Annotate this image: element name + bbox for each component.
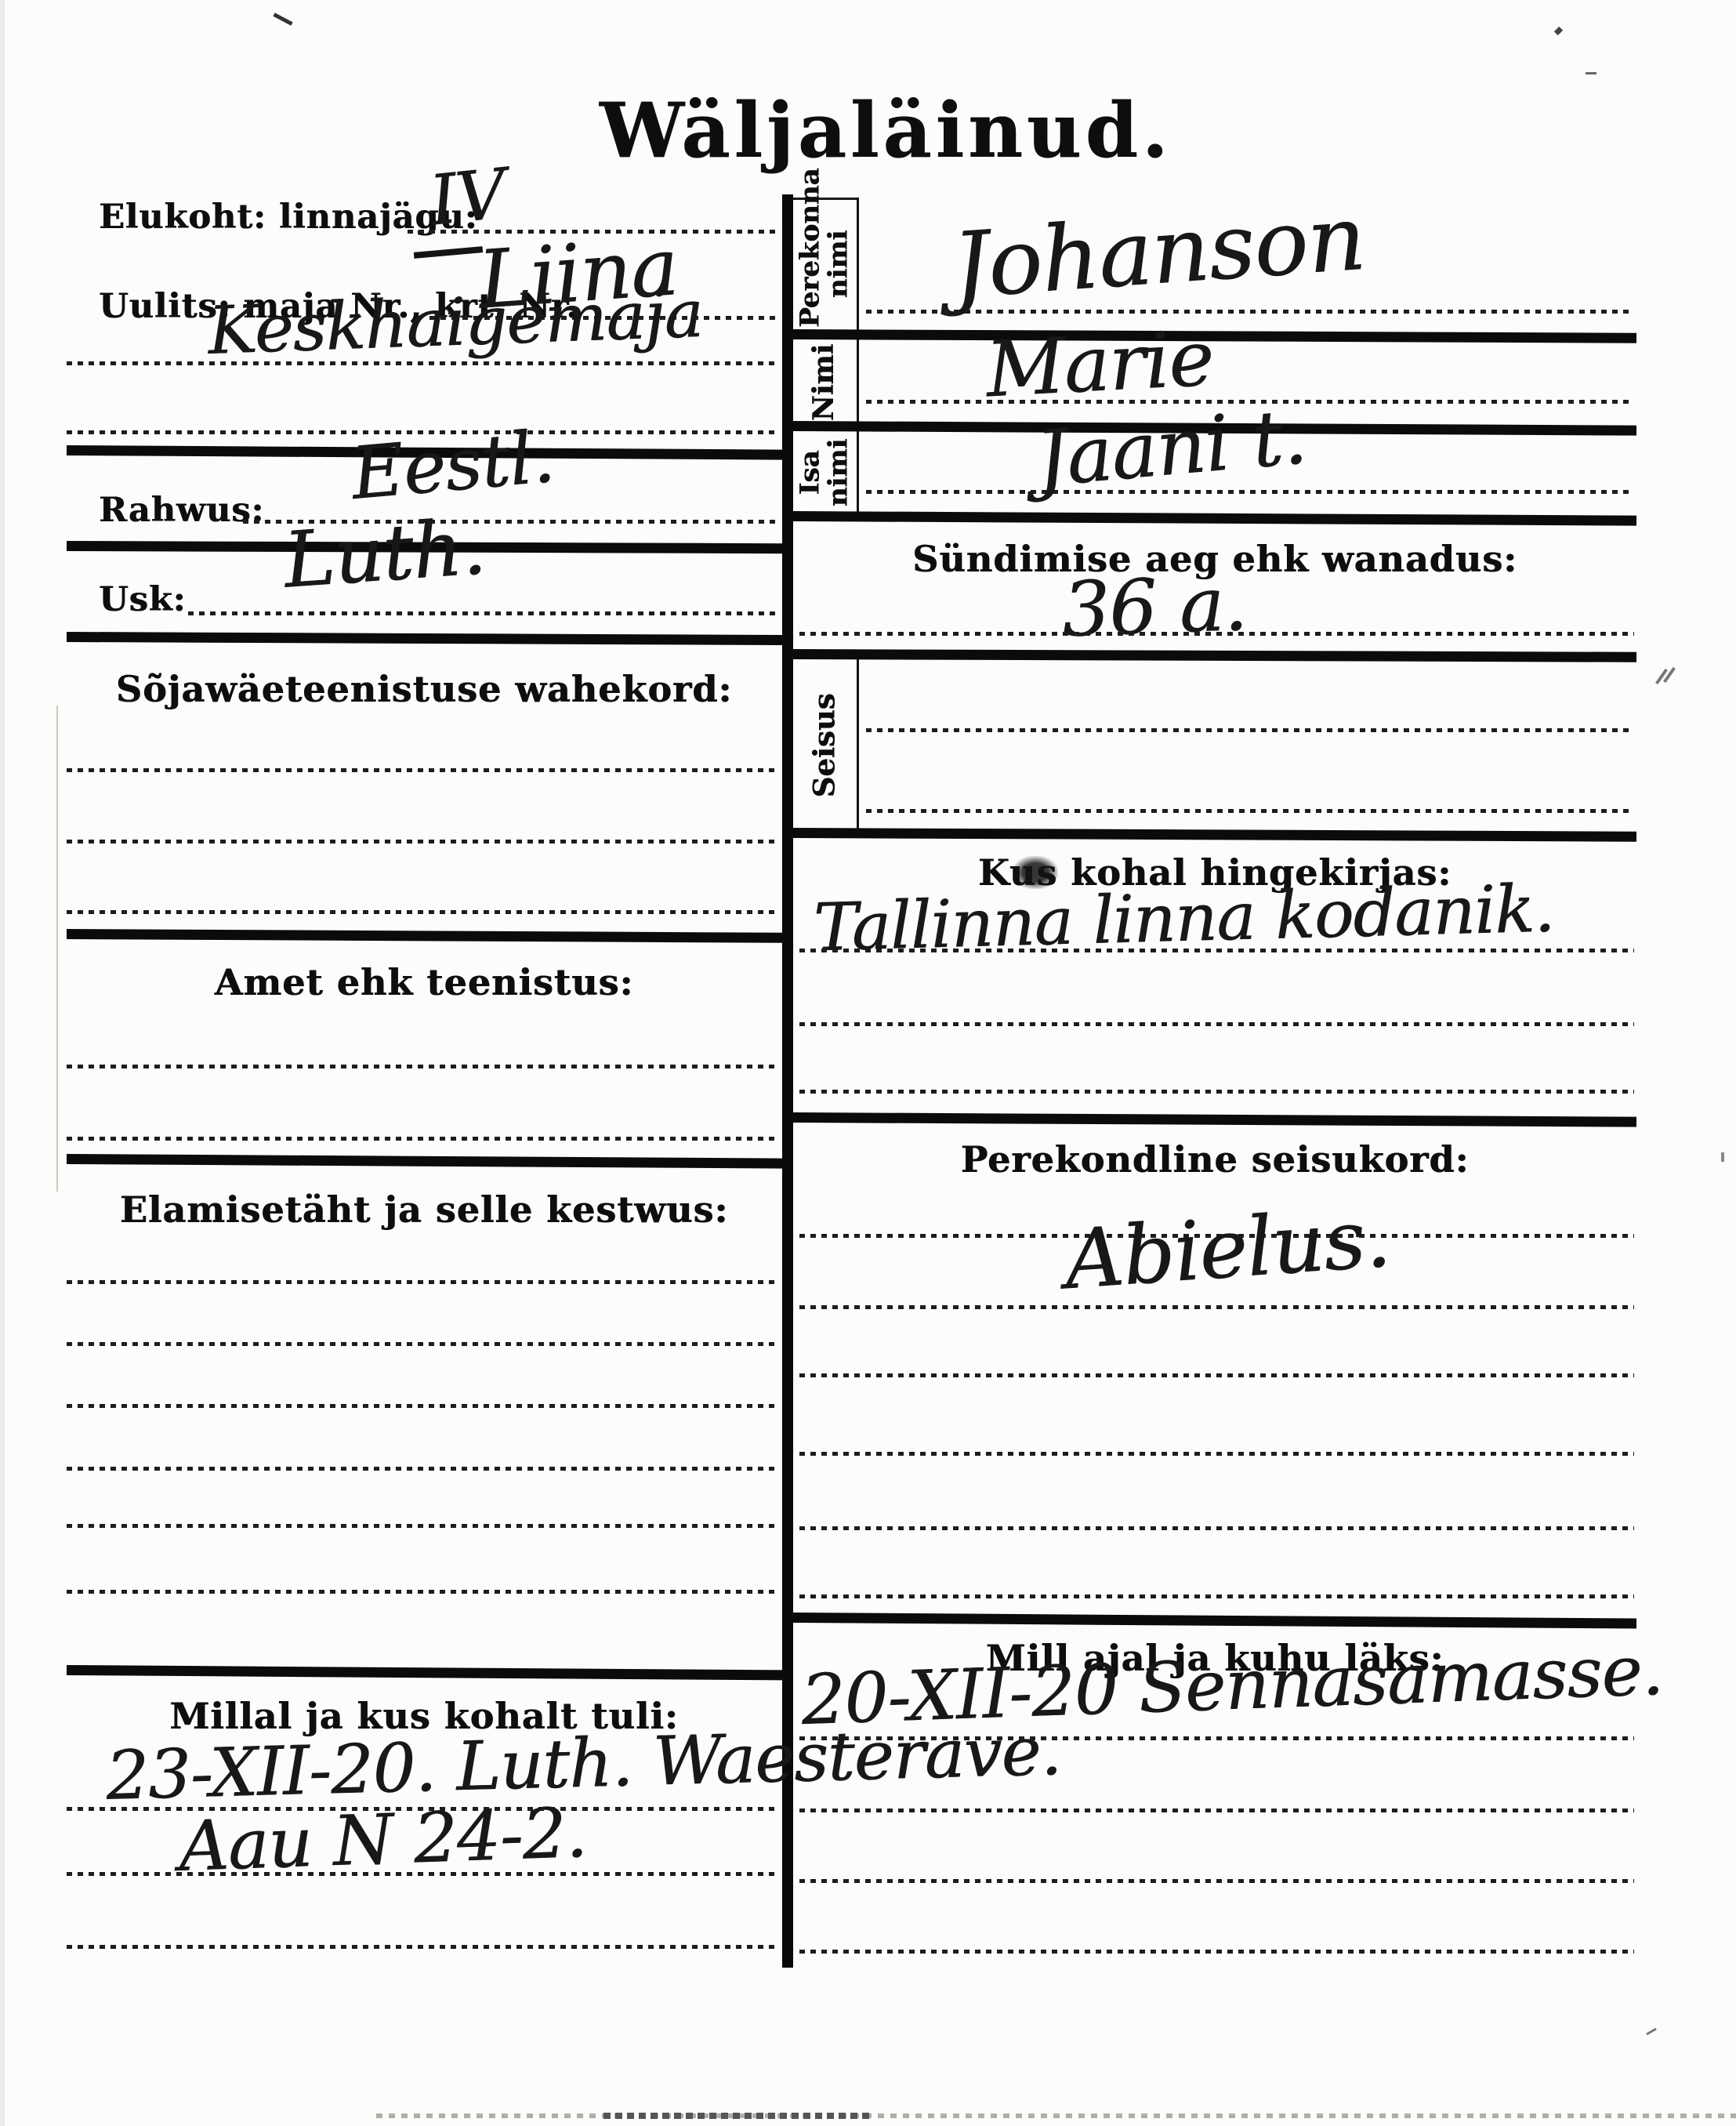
section-bar — [793, 649, 1636, 662]
usk-handwritten-value: Luth. — [281, 502, 487, 606]
scanned-form-page: Wäljaläinud. Elukoht: linnajägu: IV Uuli… — [0, 0, 1736, 2126]
dotted-line — [799, 1736, 1634, 1740]
dotted-line — [799, 1090, 1634, 1094]
section-bar — [793, 828, 1636, 842]
scan-speck — [273, 13, 292, 26]
perekonna-nimi-vertical-label: Perekonna nimi — [790, 201, 859, 328]
underline-stroke — [414, 246, 483, 259]
dotted-line — [67, 1872, 777, 1876]
dotted-line — [67, 1467, 777, 1471]
scan-edge-line — [56, 706, 58, 1192]
form-title: Wäljaläinud. — [533, 86, 1238, 175]
section-bar — [67, 632, 784, 645]
amet-header: Amet ehk teenistus: — [67, 961, 781, 1003]
dotted-line — [67, 1342, 777, 1346]
sundimise-handwritten-value: 36 a. — [1060, 560, 1248, 654]
dotted-line — [799, 1022, 1634, 1026]
seisus-vertical-label-text: Seisus — [810, 661, 840, 829]
scan-speck — [1646, 2028, 1657, 2036]
scan-speck — [1586, 72, 1596, 74]
sojawae-header: Sõjawäeteenistuse wahekord: — [67, 668, 781, 710]
elukoht-handwritten-value: IV — [426, 153, 509, 241]
scan-edge-left — [0, 0, 5, 2126]
dotted-line — [67, 910, 777, 914]
isa-nimi-vertical-label: Isa nimi — [790, 434, 859, 512]
dotted-line — [866, 490, 1634, 494]
dotted-line — [799, 1373, 1634, 1377]
dotted-line — [799, 1594, 1634, 1598]
perekonna-nimi-vertical-label-text: Perekonna nimi — [796, 201, 852, 328]
dotted-line — [67, 361, 777, 365]
dotted-line — [799, 1526, 1634, 1530]
dotted-line — [67, 768, 777, 772]
dotted-line — [799, 1452, 1634, 1456]
scan-speck — [1721, 1152, 1724, 1162]
section-bar — [793, 329, 1636, 343]
dotted-line — [67, 1065, 777, 1068]
dotted-line — [67, 1280, 777, 1284]
scan-speck — [1554, 27, 1563, 35]
dotted-line — [799, 949, 1634, 952]
seisus-vertical-label: Seisus — [790, 661, 859, 829]
section-bar — [793, 511, 1636, 526]
usk-label: Usk: — [99, 580, 186, 619]
section-bar — [793, 1112, 1636, 1127]
section-bar — [793, 1613, 1636, 1629]
dotted-line — [67, 1590, 777, 1594]
dotted-line — [799, 632, 1634, 636]
nimi-vertical-label-text: Nimi — [810, 343, 839, 422]
dotted-line — [799, 1950, 1634, 1954]
dotted-line — [67, 1404, 777, 1408]
perekondline-handwritten-value: Abielus. — [1061, 1190, 1393, 1308]
perekonna-nimi-handwritten-value: Johanson — [949, 186, 1368, 319]
dotted-line — [866, 310, 1634, 314]
dotted-line — [866, 728, 1634, 732]
section-bar — [67, 1154, 784, 1169]
scan-bottom-band — [376, 2113, 1736, 2118]
scan-bottom-band-dark — [603, 2113, 870, 2119]
rahwus-handwritten-value: Eestl. — [348, 415, 557, 516]
rahwus-label: Rahwus: — [99, 491, 264, 530]
uulits-handwritten-value2: Keskhaigemaja — [206, 275, 704, 369]
dotted-line — [799, 1809, 1634, 1812]
dotted-line — [799, 1879, 1634, 1883]
section-bar — [67, 1665, 784, 1680]
dotted-line — [67, 840, 777, 844]
nimi-vertical-label: Nimi — [790, 343, 859, 422]
dotted-line — [67, 1524, 777, 1528]
perekondline-header: Perekondline seisukord: — [793, 1138, 1636, 1181]
dotted-line — [799, 1305, 1634, 1309]
elamisetaht-header: Elamisetäht ja selle kestwus: — [67, 1188, 781, 1231]
dotted-line — [67, 1945, 777, 1949]
dotted-line — [188, 611, 776, 615]
dotted-line — [866, 809, 1634, 813]
section-bar — [67, 929, 784, 943]
dotted-line — [67, 1137, 777, 1141]
isa-nimi-vertical-label-text: Isa nimi — [796, 434, 852, 512]
